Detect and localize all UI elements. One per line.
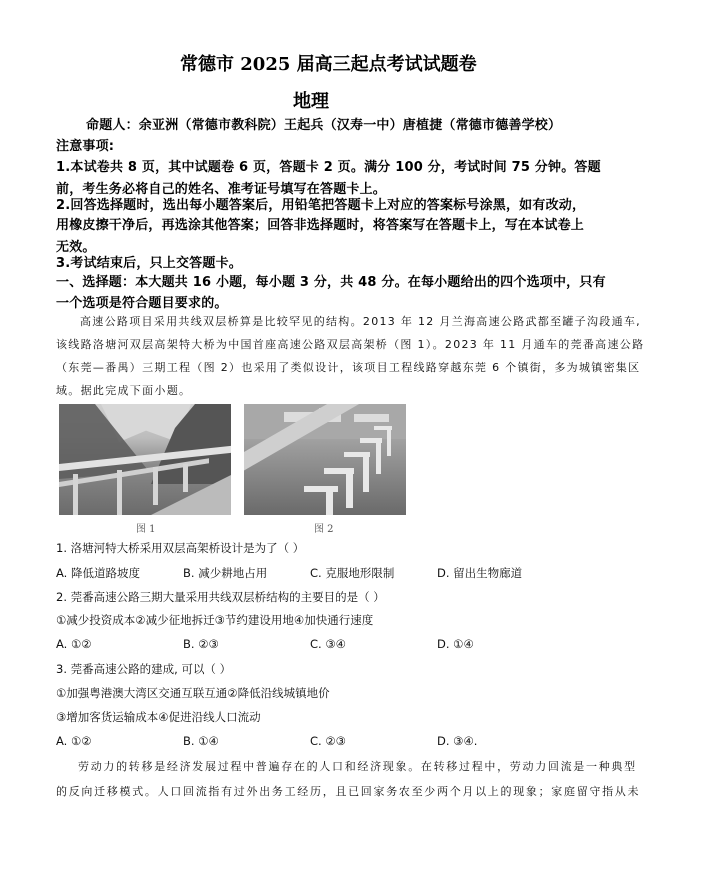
- passage-line: 劳动力的转移是经济发展过程中普遍存在的人口和经济现象。在转移过程中，劳动力回流是…: [78, 758, 637, 774]
- passage-line: 高速公路项目采用共线双层桥算是比较罕见的结构。2013 年 12 月兰海高速公路…: [80, 313, 641, 329]
- question-1-stem: 1. 洛塘河特大桥采用双层高架桥设计是为了（ ）: [56, 540, 304, 556]
- question-1-option-d: D. 留出生物廊道: [437, 565, 522, 581]
- question-1-option-b: B. 减少耕地占用: [183, 565, 267, 581]
- question-1-option-a: A. 降低道路坡度: [56, 565, 140, 581]
- exam-title: 常德市 2025 届高三起点考试试题卷: [180, 50, 477, 76]
- figure-2-photo: [244, 404, 406, 515]
- question-3-statement: ①加强粤港澳大湾区交通互联互通②降低沿线城镇地价: [56, 685, 330, 701]
- notice-line: 1.本试卷共 8 页，其中试题卷 6 页，答题卡 2 页。满分 100 分，考试…: [56, 156, 601, 175]
- notice-line: 用橡皮擦干净后，再选涂其他答案；回答非选择题时，将答案写在答题卡上，写在本试卷上: [56, 214, 584, 233]
- notice-heading: 注意事项:: [56, 135, 114, 154]
- question-1-option-c: C. 克服地形限制: [310, 565, 394, 581]
- question-3-option-d: D. ③④.: [437, 734, 477, 748]
- figure-1-caption: 图 1: [136, 520, 156, 535]
- notice-line: 2.回答选择题时，选出每小题答案后，用铅笔把答题卡上对应的答案标号涂黑，如有改动…: [56, 194, 585, 213]
- figure-1-photo: [59, 404, 231, 515]
- notice-line: 3.考试结束后，只上交答题卡。: [56, 252, 242, 271]
- question-3-option-b: B. ①④: [183, 734, 219, 748]
- passage-line: （东莞—番禺）三期工程（图 2）也采用了类似设计，该项目工程线路穿越东莞 6 个…: [56, 359, 640, 375]
- passage-line: 该线路洛塘河双层高架特大桥为中国首座高速公路双层高架桥（图 1）。2023 年 …: [56, 336, 644, 352]
- authors-line: 命题人：余亚洲（常德市教科院）王起兵（汉寿一中）唐植捷（常德市德善学校）: [86, 114, 561, 133]
- question-3-stem: 3. 莞番高速公路的建成, 可以（ ）: [56, 661, 231, 677]
- figure-2-caption: 图 2: [314, 520, 334, 535]
- section-heading-cont: 一个选项是符合题目要求的。: [56, 292, 228, 311]
- question-2-option-d: D. ①④: [437, 637, 474, 651]
- question-2-option-b: B. ②③: [183, 637, 219, 651]
- question-2-statements: ①减少投资成本②减少征地拆迁③节约建设用地④加快通行速度: [56, 612, 373, 628]
- question-2-option-a: A. ①②: [56, 637, 92, 651]
- question-2-option-c: C. ③④: [310, 637, 346, 651]
- section-heading: 一、选择题：本大题共 16 小题，每小题 3 分，共 48 分。在每小题给出的四…: [56, 271, 606, 290]
- question-3-option-c: C. ②③: [310, 734, 346, 748]
- passage-line: 域。据此完成下面小题。: [56, 382, 191, 398]
- question-3-option-a: A. ①②: [56, 734, 92, 748]
- question-2-stem: 2. 莞番高速公路三期大量采用共线双层桥结构的主要目的是（ ）: [56, 589, 385, 605]
- question-3-statement: ③增加客货运输成本④促进沿线人口流动: [56, 709, 261, 725]
- passage-line: 的反向迁移模式。人口回流指有过外出务工经历，且已回家务农至少两个月以上的现象；家…: [56, 783, 640, 799]
- subject-title: 地理: [293, 87, 329, 113]
